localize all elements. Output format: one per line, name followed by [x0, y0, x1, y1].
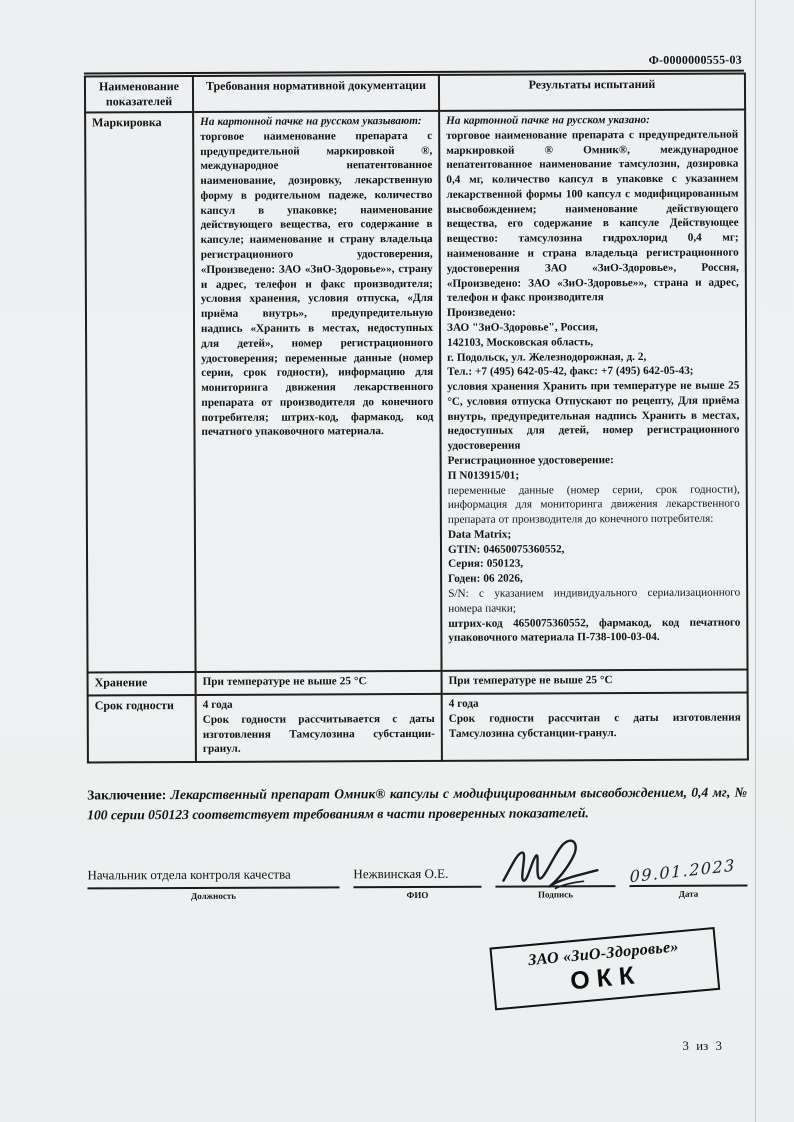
paragraph: Произведено:	[447, 305, 739, 321]
paragraph: торговое наименование препарата с предуп…	[446, 127, 739, 306]
paragraph: ЗАО "ЗиО-Здоровье", Россия,	[447, 320, 739, 336]
marking-requirements-cell: На картонной пачке на русском указывают:…	[193, 111, 441, 672]
okk-stamp: ЗАО «ЗиО-Здоровье» ОКК	[489, 927, 720, 1010]
form-code-row: Ф-0000000555-03	[84, 51, 744, 75]
paragraph: При температуре не выше 25 °С	[449, 673, 741, 689]
paragraph: Срок годности рассчитывается с даты изго…	[203, 712, 435, 757]
storage-results-cell: При температуре не выше 25 °С	[442, 670, 748, 694]
paragraph: 4 года	[203, 697, 435, 713]
col-header-results: Результаты испытаний	[439, 74, 745, 111]
marking-results-cell: На картонной пачке на русском указано:то…	[439, 110, 747, 671]
paragraph: S/N: с указанием индивидуального сериали…	[448, 586, 740, 617]
shelf-life-results-cell: 4 годаСрок годности рассчитан с даты изг…	[442, 693, 748, 761]
form-code: Ф-0000000555-03	[649, 53, 744, 67]
row-name-storage: Хранение	[88, 672, 196, 695]
storage-requirements-cell: При температуре не выше 25 °С	[196, 671, 442, 695]
row-name-shelf-life: Срок годности	[88, 695, 196, 763]
signature-name-caption: ФИО	[353, 887, 481, 900]
paragraph: торговое наименование препарата с предуп…	[200, 129, 433, 440]
paragraph: При температуре не выше 25 °С	[203, 674, 435, 690]
paragraph: Годен: 06 2026,	[448, 571, 740, 587]
stamp-zone: ЗАО «ЗиО-Здоровье» ОКК	[88, 914, 749, 1047]
conclusion-label: Заключение:	[87, 787, 166, 802]
paragraph: Тел.: +7 (495) 642-05-42, факс: +7 (495)…	[447, 364, 739, 380]
page-content: Ф-0000000555-03 Наименование показателей…	[84, 51, 748, 1047]
paragraph: Срок годности рассчитан с даты изготовле…	[449, 710, 741, 741]
signature-position-value: Начальник отдела контроля качества	[87, 866, 339, 889]
scanned-document-page: Ф-0000000555-03 Наименование показателей…	[0, 0, 794, 1122]
col-header-requirements: Требования нормативной документации	[193, 75, 439, 112]
paragraph: условия хранения Хранить при температуре…	[447, 379, 739, 454]
paragraph: Data Matrix;	[448, 526, 740, 542]
paragraph: Серия: 050123,	[448, 556, 740, 572]
signature-sign-field: Подпись	[495, 841, 615, 900]
paragraph: Регистрационное удостоверение:	[448, 453, 740, 469]
paragraph: П N013915/01;	[448, 467, 740, 483]
signature-stroke-icon	[499, 836, 603, 894]
signature-block: Начальник отдела контроля качества Должн…	[87, 840, 747, 901]
table-header-row: Наименование показателей Требования норм…	[85, 74, 745, 113]
paragraph: 142103, Московская область,	[447, 334, 739, 350]
signature-position-field: Начальник отдела контроля качества Должн…	[87, 866, 339, 901]
paragraph: штрих-код 4650075360552, фармакод, код п…	[448, 615, 740, 646]
signature-position-caption: Должность	[87, 888, 339, 901]
handwritten-date-line: 09.01.2023	[629, 860, 747, 887]
conclusion-paragraph: Заключение: Лекарственный препарат Омник…	[87, 783, 747, 825]
paragraph: GTIN: 04650075360552,	[448, 541, 740, 557]
paragraph: На картонной пачке на русском указано:	[446, 113, 738, 129]
table-row-marking: Маркировка На картонной пачке на русском…	[85, 110, 747, 673]
handwritten-signature	[495, 841, 615, 888]
paragraph: На картонной пачке на русском указывают:	[200, 114, 432, 130]
signature-date-field: 09.01.2023 Дата	[629, 860, 747, 899]
col-header-indicator-name: Наименование показателей	[85, 76, 193, 112]
table-row-shelf-life: Срок годности 4 годаСрок годности рассчи…	[88, 693, 748, 763]
scan-edge-line	[755, 0, 756, 1122]
signature-name-field: Нежвинская О.Е. ФИО	[353, 865, 481, 900]
qc-results-table: Наименование показателей Требования норм…	[84, 73, 749, 764]
row-name-marking: Маркировка	[85, 112, 195, 672]
paragraph: г. Подольск, ул. Железнодорожная, д. 2,	[447, 349, 739, 365]
page-number: 3 из 3	[682, 1038, 722, 1054]
shelf-life-requirements-cell: 4 годаСрок годности рассчитывается с дат…	[196, 694, 442, 762]
signature-name-value: Нежвинская О.Е.	[353, 865, 481, 888]
paragraph: 4 года	[449, 696, 741, 712]
table-row-storage: Хранение При температуре не выше 25 °С П…	[88, 670, 748, 696]
conclusion-text: Лекарственный препарат Омник® капсулы с …	[87, 785, 747, 823]
paragraph: переменные данные (номер серии, срок год…	[448, 482, 740, 528]
